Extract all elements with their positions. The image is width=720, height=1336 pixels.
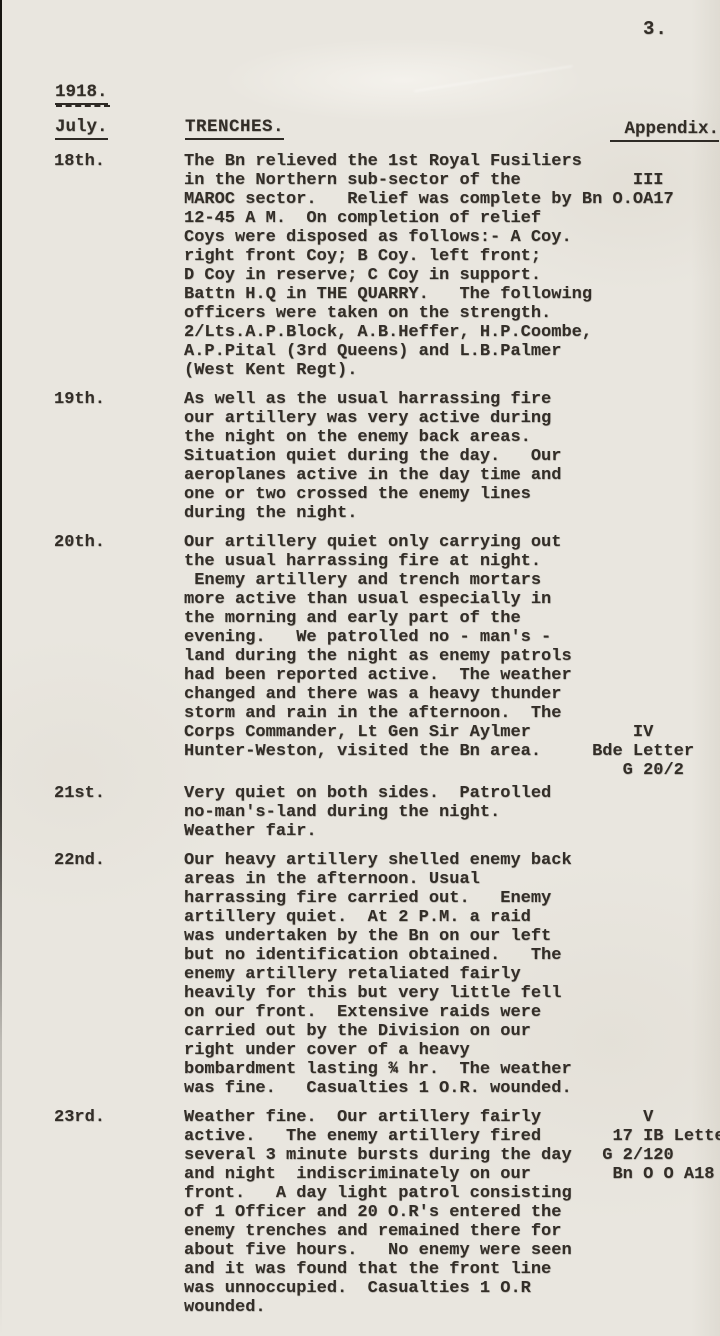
diary-entry-18th: 18th. The Bn relieved the 1st Royal Fusi…: [0, 152, 720, 380]
page-title-text: TRENCHES.: [185, 117, 284, 140]
entry-date: 20th.: [0, 533, 184, 552]
diary-entry-22nd: 22nd. Our heavy artillery shelled enemy …: [0, 851, 720, 1098]
diary-entry-23rd: 23rd. Weather fine. Our artillery fairly…: [0, 1108, 720, 1317]
entry-body: Our heavy artillery shelled enemy back a…: [184, 851, 572, 1098]
year-heading-text: 1918.: [55, 82, 108, 105]
appendix-heading-text: Appendix.: [610, 119, 719, 142]
entry-body: The Bn relieved the 1st Royal Fusiliers …: [184, 152, 674, 380]
diary-entry-19th: 19th. As well as the usual harrassing fi…: [0, 390, 720, 523]
appendix-column-heading: Appendix.: [610, 119, 719, 142]
year-heading: 1918.: [55, 82, 108, 105]
war-diary-page: 3. 1918. July. TRENCHES. Appendix. 18th.…: [0, 0, 720, 1336]
entry-body: Very quiet on both sides. Patrolled no-m…: [184, 784, 551, 841]
month-heading-text: July.: [55, 117, 108, 140]
paper-crease: [414, 66, 575, 112]
entry-body: Our artillery quiet only carrying out th…: [184, 533, 694, 780]
page-number: 3.: [643, 18, 668, 40]
page-title: TRENCHES.: [185, 117, 284, 140]
diary-entry-21st: 21st. Very quiet on both sides. Patrolle…: [0, 784, 720, 841]
entry-date: 22nd.: [0, 851, 184, 870]
month-heading: July.: [55, 117, 108, 140]
entry-body: Weather fine. Our artillery fairly V act…: [184, 1108, 720, 1317]
entry-date: 21st.: [0, 784, 184, 803]
diary-entry-20th: 20th. Our artillery quiet only carrying …: [0, 533, 720, 780]
entry-body: As well as the usual harrassing fire our…: [184, 390, 561, 523]
entry-date: 19th.: [0, 390, 184, 409]
diary-entries: 18th. The Bn relieved the 1st Royal Fusi…: [0, 152, 720, 1327]
entry-date: 23rd.: [0, 1108, 184, 1127]
entry-date: 18th.: [0, 152, 184, 171]
